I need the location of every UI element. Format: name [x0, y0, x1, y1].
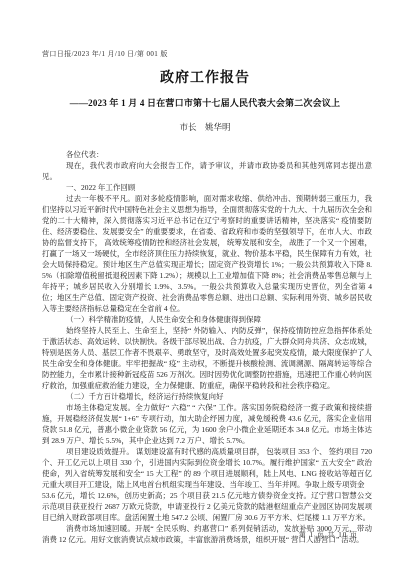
document-title: 政府工作报告 — [0, 67, 410, 87]
document-subtitle: ——2023 年 1 月 4 日在营口市第十七届人民代表大会第二次会议上 — [0, 96, 410, 109]
paragraph: 现在，我代表市政府向大会报告工作，请予审议，并请市政协委员和其他列席同志提出意见… — [42, 160, 372, 182]
document-body: 各位代表：现在，我代表市政府向大会报告工作，请予审议，并请市政协委员和其他列席同… — [42, 149, 372, 545]
section-heading: （二）千方百计稳增长，经济运行持续恢复向好 — [42, 391, 372, 402]
section-heading: 一、2022 年工作回顾 — [42, 182, 372, 193]
paragraph: 始终坚持人民至上、生命至上，坚持“ 外防输入、内防反弹”，保持疫情防控应急指挥体… — [42, 325, 372, 391]
paragraph: 各位代表： — [42, 149, 372, 160]
page-number: 第 1 页 共 10 页 — [299, 530, 358, 540]
document-page: 营口日报/2023 年/1 月/10 日/第 001 版 政府工作报告 ——20… — [0, 0, 410, 580]
paragraph: 过去一年极不平凡。面对多轮疫情影响，面对需求收缩、供给冲击、预期转弱三重压力，我… — [42, 193, 372, 314]
section-heading: （一）科学精准防疫情，人民生命安全和身体健康得到保障 — [42, 314, 372, 325]
paragraph: 项目建设质效提升。 谋划建设富有时代感的高质量项目群， 包装项目 353 个、 … — [42, 446, 372, 523]
masthead: 营口日报/2023 年/1 月/10 日/第 001 版 — [42, 49, 168, 59]
paragraph: 市场主体稳定发展。全力做好“ 六稳” “ 六保” 工作。落实国务院稳经济一揽子政… — [42, 402, 372, 446]
author-line: 市长 姚华明 — [0, 121, 410, 133]
